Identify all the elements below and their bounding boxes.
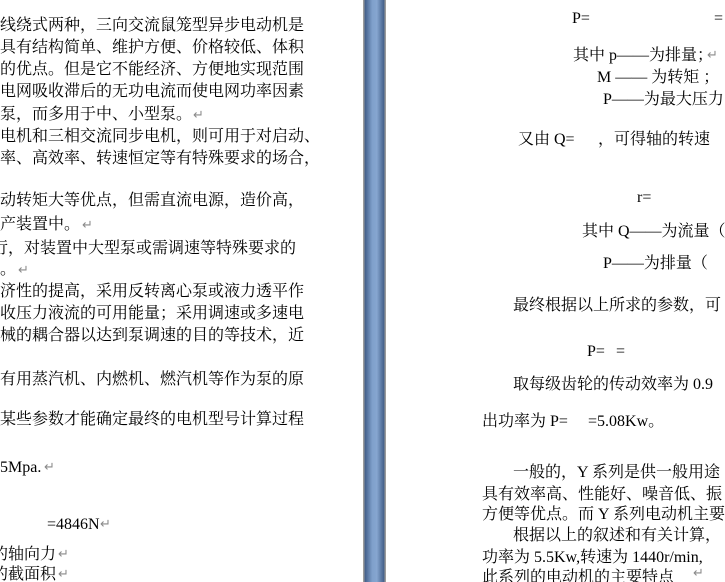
paragraph-mark: ↵ xyxy=(2,0,13,2)
text-line[interactable]: 又由 Q= xyxy=(518,131,575,149)
text-line[interactable]: P= xyxy=(587,343,605,361)
text-line[interactable]: M —— 为转矩 ； xyxy=(597,69,719,87)
text-line[interactable]: 的轴向力 xyxy=(0,546,56,564)
text-line[interactable]: 电机和三相交流同步电机，则可用于对启动、 xyxy=(0,128,320,146)
paragraph-mark: ↵ xyxy=(100,517,111,531)
text-line[interactable]: 械的耦合器以达到泵调速的目的等技术，近 xyxy=(0,327,304,345)
paragraph-mark: ↵ xyxy=(58,547,69,561)
paragraph-mark: ↵ xyxy=(44,460,55,474)
text-line[interactable]: 功率为 5.5Kw,转速为 1440r/min, xyxy=(482,549,703,567)
text-line[interactable]: 其中 Q——为流量（L xyxy=(582,223,725,241)
text-line[interactable]: 电网吸收滞后的无功电流而使电网功率因素 xyxy=(0,83,304,101)
text-line[interactable]: 一般的，Y 系列是供一般用途 xyxy=(513,464,720,482)
text-line[interactable]: 的优点。但是它不能经济、方便地实现范围 xyxy=(0,61,304,79)
paragraph-mark: ↵ xyxy=(18,263,29,277)
text-line[interactable]: 具有效率高、性能好、噪音低、振 xyxy=(482,486,722,504)
paragraph-mark: ↵ xyxy=(82,218,93,232)
text-line[interactable]: 收压力液流的可用能量；采用调速或多速电 xyxy=(0,305,304,323)
text-line[interactable]: = xyxy=(714,10,723,28)
text-line[interactable]: P——为最大压力 xyxy=(603,91,724,109)
text-line[interactable]: 此系列的电动机的主要特点 xyxy=(482,569,674,582)
text-line[interactable]: 率、高效率、转速恒定等有特殊要求的场合， xyxy=(0,150,320,168)
text-line[interactable]: 其中 p——为排量； xyxy=(573,47,713,65)
text-line[interactable]: 某些参数才能确定最终的电机型号计算过程 xyxy=(0,411,304,429)
text-line[interactable]: 泵，而多用于中、小型泵。 xyxy=(0,106,192,124)
text-line[interactable]: 5Mpa. xyxy=(0,459,41,477)
text-line[interactable]: = xyxy=(616,343,625,361)
document-page-left[interactable]: ↵线绕式两种，三向交流鼠笼型异步电动机是具有结构简单、维护方便、价格较低、体积的… xyxy=(0,0,363,582)
text-line[interactable]: 具有结构简单、维护方便、价格较低、体积 xyxy=(0,39,304,57)
text-line[interactable]: 最终根据以上所求的参数，可 xyxy=(513,297,721,315)
paragraph-mark: ↵ xyxy=(707,48,718,62)
text-line[interactable]: 产装置中。 xyxy=(0,216,80,234)
text-line[interactable]: 根据以上的叙述和有关计算， xyxy=(513,527,721,545)
text-line[interactable]: 方便等优点。而 Y 系列电动机主要 xyxy=(482,506,725,524)
text-line[interactable]: 济性的提高，采用反转离心泵或液力透平作 xyxy=(0,283,304,301)
text-line[interactable]: 行，对装置中大型泵或需调速等特殊要求的 xyxy=(0,240,296,258)
text-line[interactable]: 动转矩大等优点，但需直流电源，造价高， xyxy=(0,192,304,210)
text-line[interactable]: 的截面积 xyxy=(0,566,56,582)
text-line[interactable]: ，可得轴的转速 xyxy=(598,131,710,149)
text-line[interactable]: P= xyxy=(572,10,590,28)
text-line[interactable]: 线绕式两种，三向交流鼠笼型异步电动机是 xyxy=(0,17,304,35)
text-line[interactable]: 有用蒸汽机、内燃机、燃汽机等作为泵的原 xyxy=(0,371,304,389)
paragraph-mark: ↵ xyxy=(58,567,69,581)
paragraph-mark: ↵ xyxy=(193,108,204,122)
text-line[interactable]: 出功率为 P= xyxy=(482,413,568,431)
text-line[interactable]: P——为排量（ xyxy=(603,255,708,273)
text-line[interactable]: r= xyxy=(637,189,651,207)
paragraph-mark: ↵ xyxy=(693,566,704,580)
page-separator xyxy=(363,0,386,582)
document-view: ↵线绕式两种，三向交流鼠笼型异步电动机是具有结构简单、维护方便、价格较低、体积的… xyxy=(0,0,725,582)
text-line[interactable]: =5.08Kw。 xyxy=(588,413,664,431)
text-line[interactable]: 。 xyxy=(0,261,16,279)
text-line[interactable]: =4846N xyxy=(47,516,100,534)
document-page-right[interactable]: P==其中 p——为排量；↵M —— 为转矩 ；P——为最大压力又由 Q=，可得… xyxy=(386,0,725,582)
text-line[interactable]: 取每级齿轮的传动效率为 0.9 xyxy=(513,376,713,394)
